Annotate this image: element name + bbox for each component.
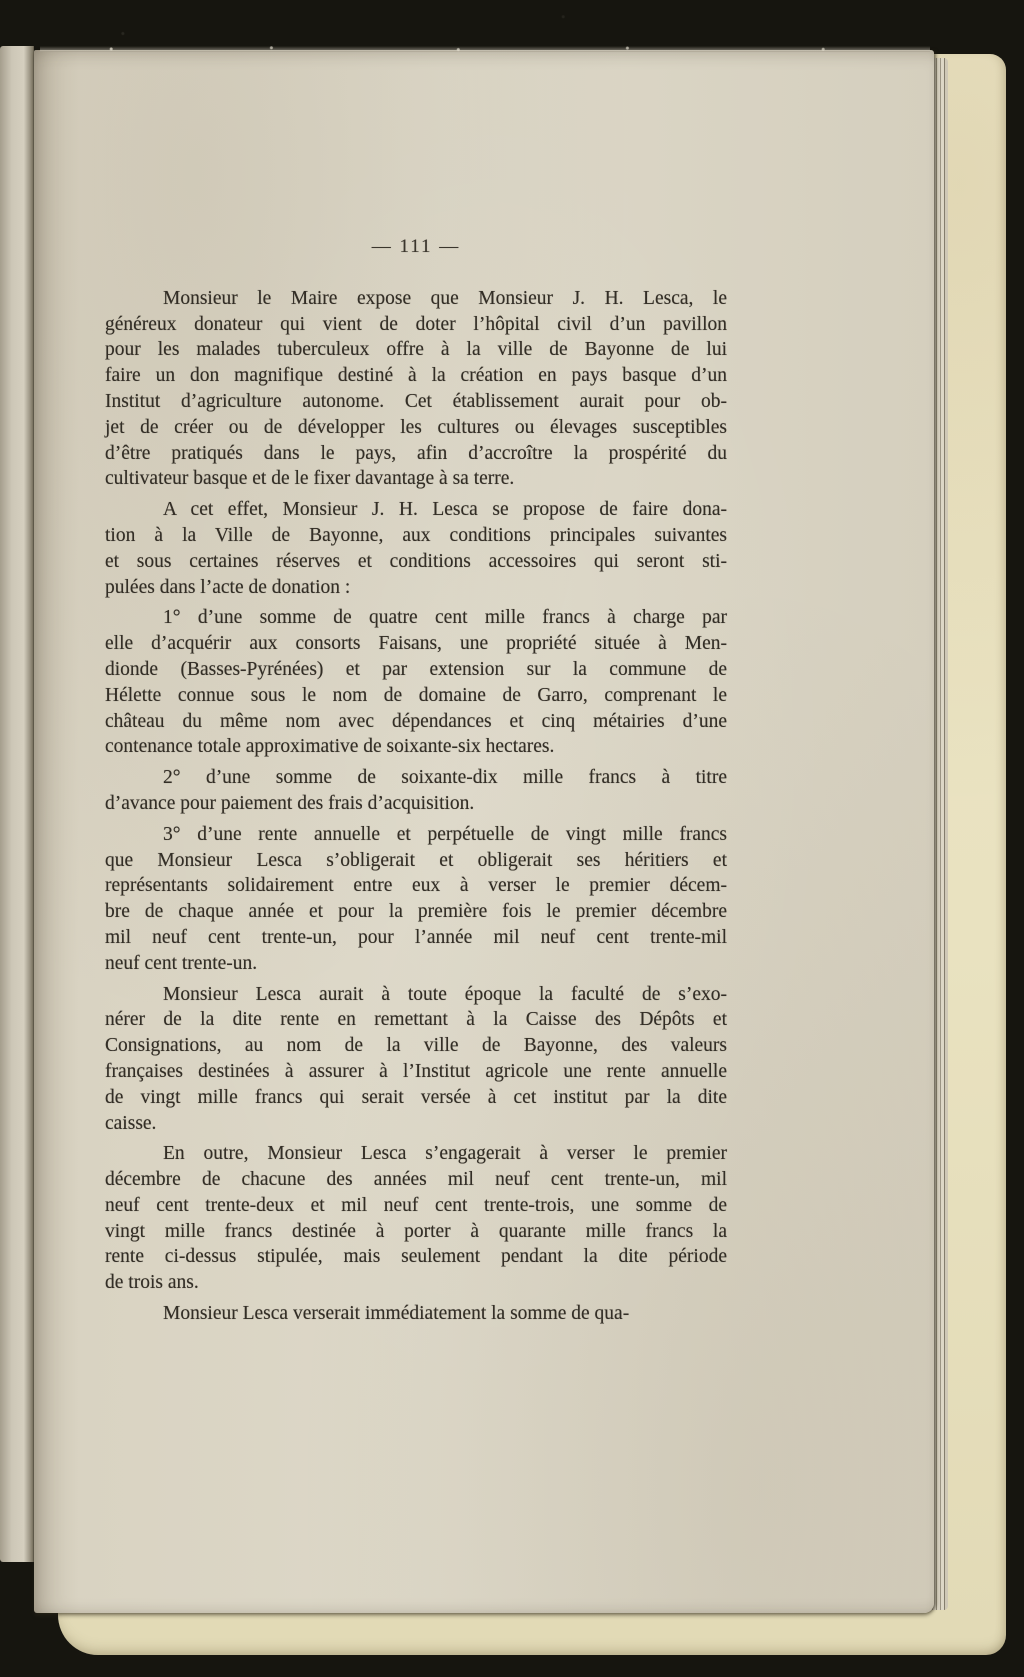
text-line: elle d’acquérir aux consorts Faisans, un… <box>105 631 727 657</box>
text-line: château du même nom avec dépendances et … <box>105 709 727 735</box>
text-line: pour les malades tuberculeux offre à la … <box>105 337 727 363</box>
paragraph: Monsieur Lesca aurait à toute époque la … <box>105 982 727 1137</box>
text-line: que Monsieur Lesca s’obligerait et oblig… <box>105 848 727 874</box>
paragraph: Monsieur Lesca verserait immédiatement l… <box>105 1301 727 1327</box>
paragraph: 1° d’une somme de quatre cent mille fran… <box>105 605 727 760</box>
text-line: faire un don magnifique destiné à la cré… <box>105 363 727 389</box>
text-line: Hélette connue sous le nom de domaine de… <box>105 683 727 709</box>
text-line: caisse. <box>105 1111 727 1137</box>
text-line: Monsieur Lesca verserait immédiatement l… <box>105 1301 727 1327</box>
text-line: bre de chaque année et pour la première … <box>105 899 727 925</box>
paragraph: 2° d’une somme de soixante-dix mille fra… <box>105 765 727 817</box>
paragraph: A cet effet, Monsieur J. H. Lesca se pro… <box>105 497 727 600</box>
text-line: généreux donateur qui vient de doter l’h… <box>105 312 727 338</box>
text-line: En outre, Monsieur Lesca s’engagerait à … <box>105 1141 727 1167</box>
text-line: d’être pratiqués dans le pays, afin d’ac… <box>105 441 727 467</box>
text-line: A cet effet, Monsieur J. H. Lesca se pro… <box>105 497 727 523</box>
text-line: 1° d’une somme de quatre cent mille fran… <box>105 605 727 631</box>
text-line: vingt mille francs destinée à porter à q… <box>105 1219 727 1245</box>
paragraph: En outre, Monsieur Lesca s’engagerait à … <box>105 1141 727 1296</box>
text-line: Institut d’agriculture autonome. Cet éta… <box>105 389 727 415</box>
text-line: décembre de chacune des années mil neuf … <box>105 1167 727 1193</box>
text-line: françaises destinées à assurer à l’Insti… <box>105 1059 727 1085</box>
text-line: rente ci-dessus stipulée, mais seulement… <box>105 1244 727 1270</box>
text-line: Monsieur Lesca aurait à toute époque la … <box>105 982 727 1008</box>
scanned-book-photo: — 111 — Monsieur le Maire expose que Mon… <box>0 0 1024 1677</box>
text-line: 2° d’une somme de soixante-dix mille fra… <box>105 765 727 791</box>
text-line: de trois ans. <box>105 1270 727 1296</box>
text-line: contenance totale approximative de soixa… <box>105 734 727 760</box>
text-line: 3° d’une rente annuelle et perpétuelle d… <box>105 822 727 848</box>
text-line: Consignations, au nom de la ville de Bay… <box>105 1033 727 1059</box>
page-text: — 111 — Monsieur le Maire expose que Mon… <box>105 234 727 1332</box>
text-line: et sous certaines réserves et conditions… <box>105 549 727 575</box>
paragraph: 3° d’une rente annuelle et perpétuelle d… <box>105 822 727 977</box>
book-page: — 111 — Monsieur le Maire expose que Mon… <box>34 50 934 1613</box>
text-line: mil neuf cent trente-un, pour l’année mi… <box>105 925 727 951</box>
paragraph: Monsieur le Maire expose que Monsieur J.… <box>105 286 727 492</box>
text-line: de vingt mille francs qui serait versée … <box>105 1085 727 1111</box>
text-line: pulées dans l’acte de donation : <box>105 575 727 601</box>
text-line: représentants solidairement entre eux à … <box>105 873 727 899</box>
text-line: tion à la Ville de Bayonne, aux conditio… <box>105 523 727 549</box>
text-line: cultivateur basque et de le fixer davant… <box>105 466 727 492</box>
text-line: neuf cent trente-un. <box>105 951 727 977</box>
text-line: Monsieur le Maire expose que Monsieur J.… <box>105 286 727 312</box>
text-line: neuf cent trente-deux et mil neuf cent t… <box>105 1193 727 1219</box>
text-line: nérer de la dite rente en remettant à la… <box>105 1007 727 1033</box>
page-number: — 111 — <box>105 234 727 260</box>
facing-page-edge <box>0 46 34 1562</box>
text-line: dionde (Basses-Pyrénées) et par extensio… <box>105 657 727 683</box>
text-line: d’avance pour paiement des frais d’acqui… <box>105 791 727 817</box>
text-line: jet de créer ou de développer les cultur… <box>105 415 727 441</box>
